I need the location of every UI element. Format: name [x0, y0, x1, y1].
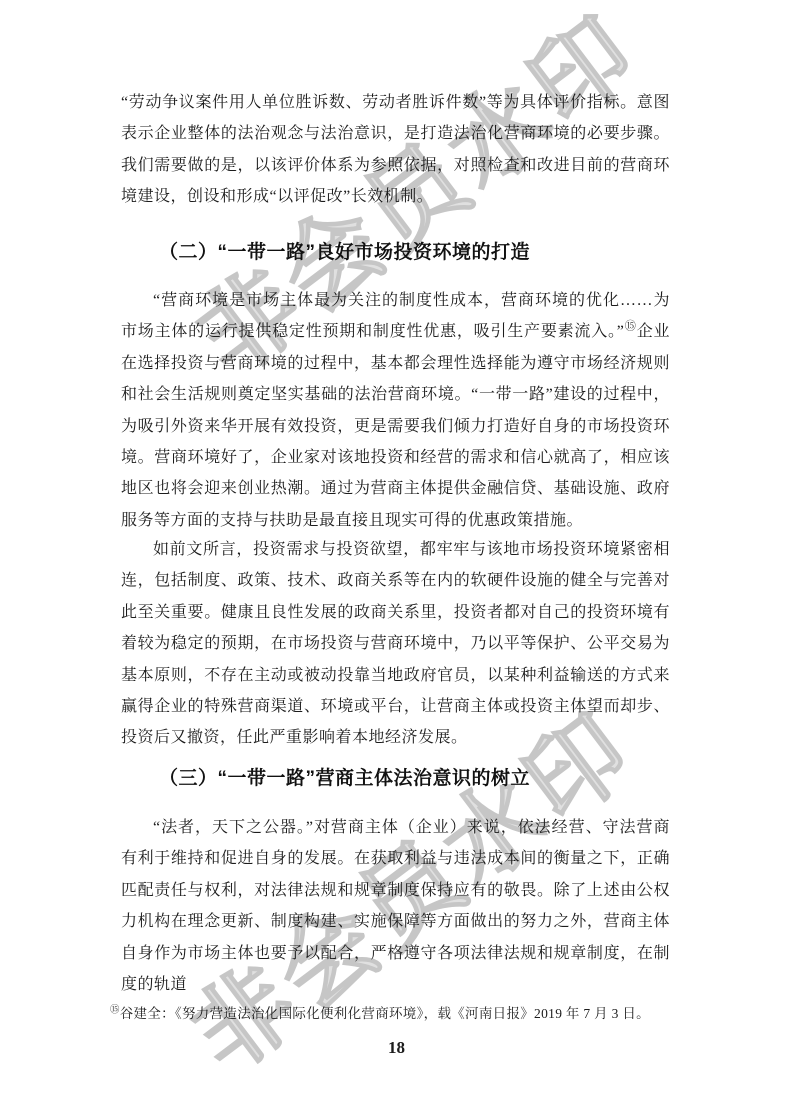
paragraph-law-public-instrument: “法者，天下之公器。”对营商主体（企业）来说，依法经营、守法营商有利于维持和促进…	[121, 812, 670, 1000]
footnote-marker: ⑮	[110, 1006, 120, 1016]
footnote: ⑮谷建全：《努力营造法治化国际化便利化营商环境》，载《河南日报》2019 年 7…	[110, 1004, 676, 1024]
paragraph-business-environment-quote: “营商环境是市场主体最为关注的制度性成本，营商环境的优化……为市场主体的运行提供…	[121, 285, 670, 536]
footnote-text: 谷建全：《努力营造法治化国际化便利化营商环境》，载《河南日报》2019 年 7 …	[120, 1006, 650, 1021]
footnote-reference-mark: ⑮	[624, 321, 636, 333]
paragraph-evaluation-indicators: “劳动争议案件用人单位胜诉数、劳动者胜诉件数”等为具体评价指标。意图表示企业整体…	[121, 87, 670, 213]
paragraph-text: “营商环境是市场主体最为关注的制度性成本，营商环境的优化……为市场主体的运行提供…	[121, 292, 670, 340]
page-number: 18	[0, 1038, 793, 1058]
document-page: 非会员水印 非会员水印 “劳动争议案件用人单位胜诉数、劳动者胜诉件数”等为具体评…	[0, 0, 793, 1114]
section-heading-legal-awareness: （三）“一带一路”营商主体法治意识的树立	[121, 766, 670, 792]
paragraph-investment-demand: 如前文所言，投资需求与投资欲望，都牢牢与该地市场投资环境紧密相连，包括制度、政策…	[121, 534, 670, 754]
paragraph-text: 企业在选择投资与营商环境的过程中，基本都会理性选择能为遵守市场经济规则和社会生活…	[121, 323, 670, 528]
section-heading-market-investment-environment: （二）“一带一路”良好市场投资环境的打造	[121, 240, 670, 266]
